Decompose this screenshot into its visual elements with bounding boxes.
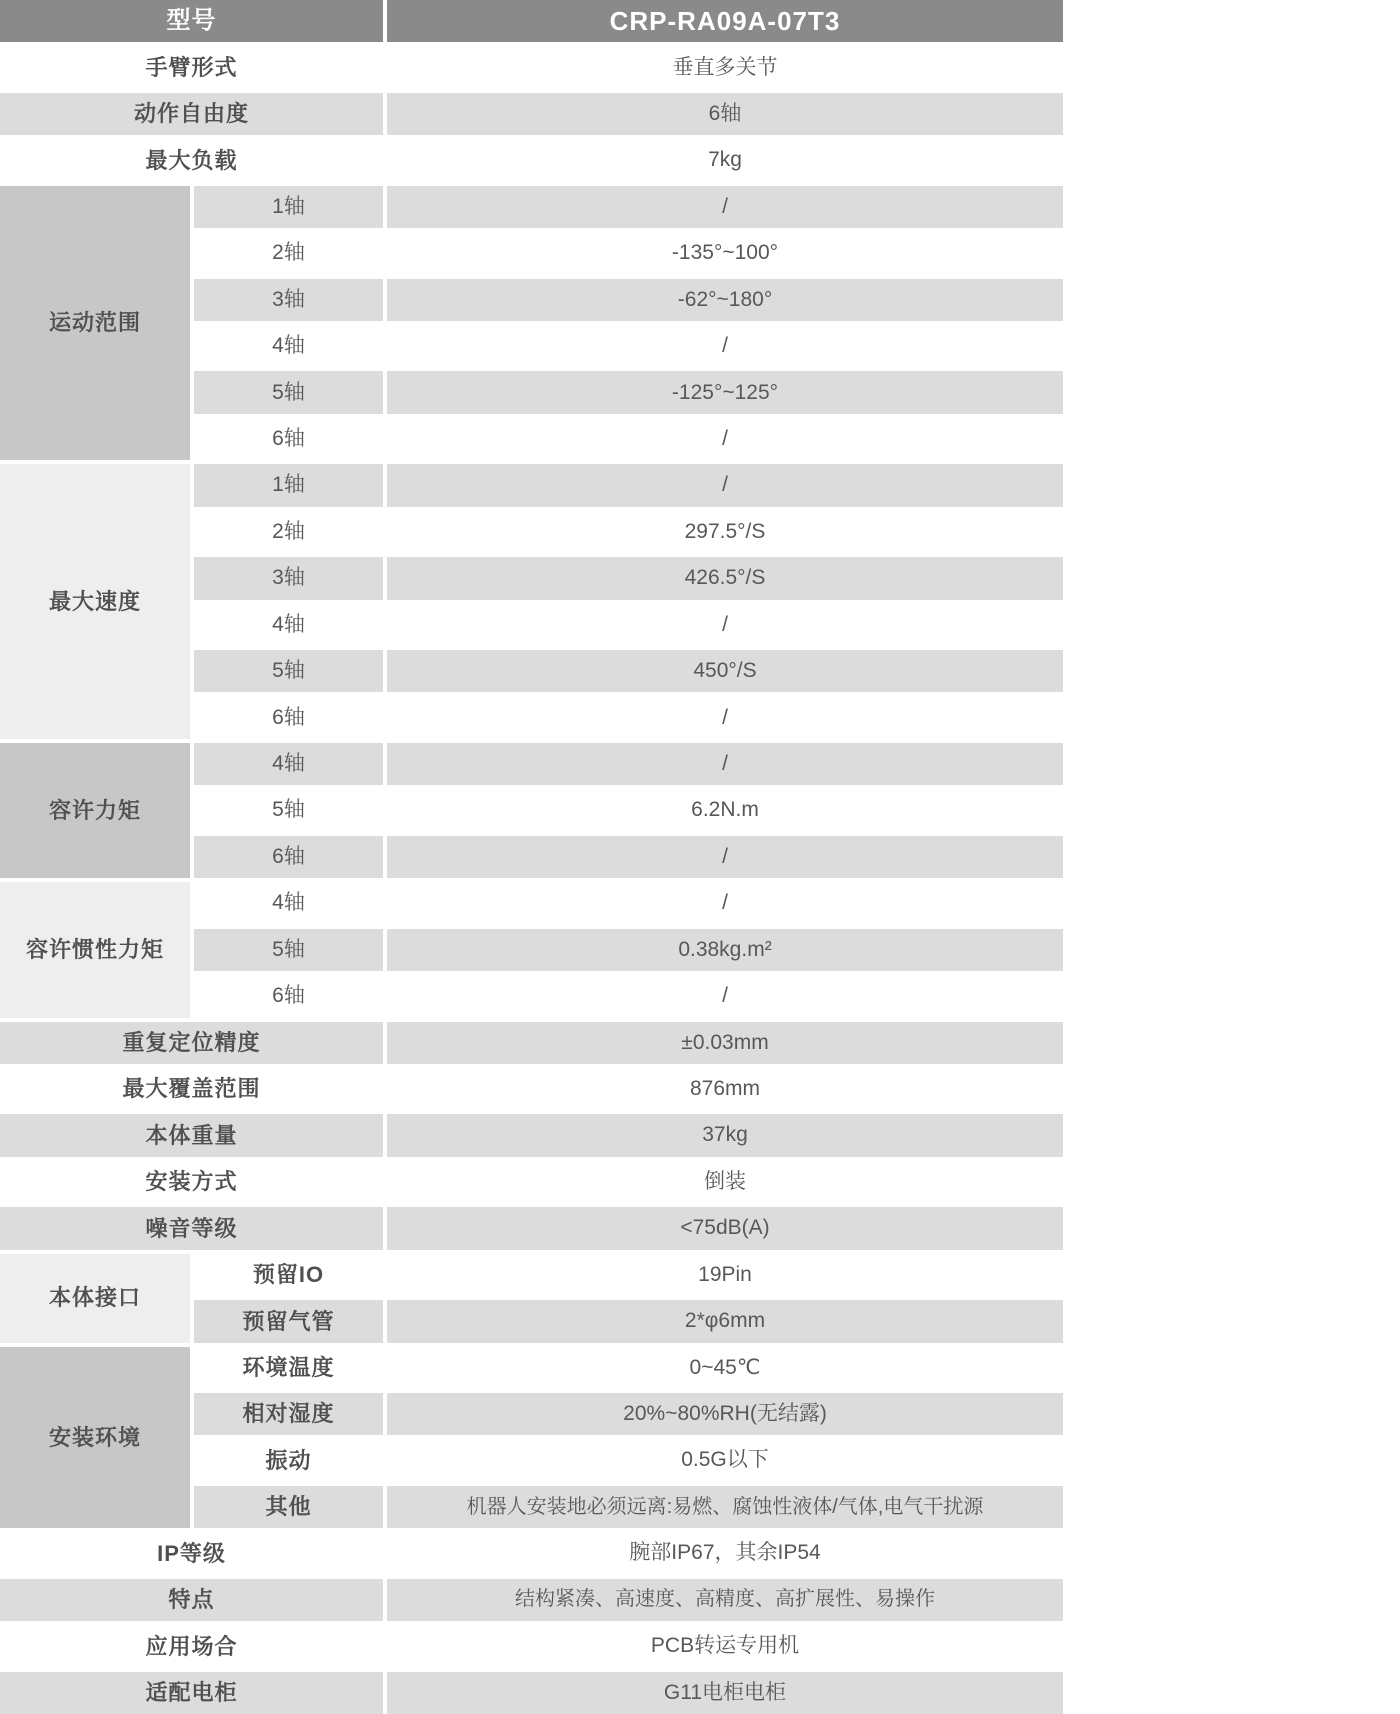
section-sub-label: 振动 bbox=[194, 1439, 383, 1481]
section-label: 容许惯性力矩 bbox=[0, 882, 190, 1017]
spec-row-value: 7kg bbox=[387, 139, 1063, 181]
section-value: -125°~125° bbox=[387, 371, 1063, 413]
section-sub-label: 预留气管 bbox=[194, 1300, 383, 1342]
spec-row-label: 噪音等级 bbox=[0, 1207, 383, 1249]
section-label: 运动范围 bbox=[0, 186, 190, 461]
section-sub-label: 环境温度 bbox=[194, 1347, 383, 1389]
spec-row-label: 手臂形式 bbox=[0, 46, 383, 88]
spec-row-value: PCB转运专用机 bbox=[387, 1625, 1063, 1667]
section-sub-label: 5轴 bbox=[194, 371, 383, 413]
section-value: / bbox=[387, 604, 1063, 646]
section-label: 最大速度 bbox=[0, 464, 190, 739]
spec-row-value: 垂直多关节 bbox=[387, 46, 1063, 88]
model-header-label: 型号 bbox=[0, 0, 383, 42]
spec-row-label: 重复定位精度 bbox=[0, 1022, 383, 1064]
section-value: / bbox=[387, 418, 1063, 460]
section-value: / bbox=[387, 696, 1063, 738]
spec-row-value: 腕部IP67，其余IP54 bbox=[387, 1532, 1063, 1574]
section-value: -62°~180° bbox=[387, 279, 1063, 321]
section-value: / bbox=[387, 464, 1063, 506]
section-sub-label: 6轴 bbox=[194, 696, 383, 738]
section-value: 19Pin bbox=[387, 1254, 1063, 1296]
section-value: 0.38kg.m² bbox=[387, 929, 1063, 971]
spec-row-value: ±0.03mm bbox=[387, 1022, 1063, 1064]
section-value: 6.2N.m bbox=[387, 789, 1063, 831]
section-sub-label: 4轴 bbox=[194, 325, 383, 367]
spec-row-value: 倒装 bbox=[387, 1161, 1063, 1203]
section-sub-label: 1轴 bbox=[194, 464, 383, 506]
section-sub-label: 6轴 bbox=[194, 975, 383, 1017]
section-value: 2*φ6mm bbox=[387, 1300, 1063, 1342]
section-sub-label: 6轴 bbox=[194, 418, 383, 460]
spec-row-value: 37kg bbox=[387, 1114, 1063, 1156]
section-value: / bbox=[387, 325, 1063, 367]
section-value: 20%~80%RH(无结露) bbox=[387, 1393, 1063, 1435]
section-sub-label: 4轴 bbox=[194, 604, 383, 646]
section-sub-label: 其他 bbox=[194, 1486, 383, 1528]
spec-row-label: 本体重量 bbox=[0, 1114, 383, 1156]
section-sub-label: 相对湿度 bbox=[194, 1393, 383, 1435]
section-sub-label: 2轴 bbox=[194, 232, 383, 274]
section-value: 426.5°/S bbox=[387, 557, 1063, 599]
section-sub-label: 5轴 bbox=[194, 789, 383, 831]
section-sub-label: 1轴 bbox=[194, 186, 383, 228]
section-value: 450°/S bbox=[387, 650, 1063, 692]
section-sub-label: 6轴 bbox=[194, 836, 383, 878]
spec-row-value: G11电柜电柜 bbox=[387, 1672, 1063, 1714]
spec-row-label: 应用场合 bbox=[0, 1625, 383, 1667]
section-value: -135°~100° bbox=[387, 232, 1063, 274]
spec-row-value: <75dB(A) bbox=[387, 1207, 1063, 1249]
section-value: 机器人安装地必须远离:易燃、腐蚀性液体/气体,电气干扰源 bbox=[387, 1486, 1063, 1528]
section-value: 0~45℃ bbox=[387, 1347, 1063, 1389]
spec-row-label: 特点 bbox=[0, 1579, 383, 1621]
spec-row-label: 最大覆盖范围 bbox=[0, 1068, 383, 1110]
spec-row-label: 适配电柜 bbox=[0, 1672, 383, 1714]
section-value: 0.5G以下 bbox=[387, 1439, 1063, 1481]
section-value: / bbox=[387, 186, 1063, 228]
section-sub-label: 4轴 bbox=[194, 743, 383, 785]
spec-row-value: 6轴 bbox=[387, 93, 1063, 135]
spec-row-label: 动作自由度 bbox=[0, 93, 383, 135]
section-label: 安装环境 bbox=[0, 1347, 190, 1529]
section-value: 297.5°/S bbox=[387, 511, 1063, 553]
spec-row-label: 最大负载 bbox=[0, 139, 383, 181]
section-sub-label: 5轴 bbox=[194, 929, 383, 971]
section-sub-label: 3轴 bbox=[194, 557, 383, 599]
section-sub-label: 预留IO bbox=[194, 1254, 383, 1296]
spec-row-label: 安装方式 bbox=[0, 1161, 383, 1203]
section-label: 本体接口 bbox=[0, 1254, 190, 1343]
section-value: / bbox=[387, 743, 1063, 785]
section-label: 容许力矩 bbox=[0, 743, 190, 878]
section-sub-label: 4轴 bbox=[194, 882, 383, 924]
spec-row-value: 结构紧凑、高速度、高精度、高扩展性、易操作 bbox=[387, 1579, 1063, 1621]
spec-table: 型号CRP-RA09A-07T3手臂形式垂直多关节动作自由度6轴最大负载7kg运… bbox=[0, 0, 1063, 1714]
section-value: / bbox=[387, 882, 1063, 924]
robot-spec-sheet: 型号CRP-RA09A-07T3手臂形式垂直多关节动作自由度6轴最大负载7kg运… bbox=[0, 0, 1400, 1714]
section-sub-label: 2轴 bbox=[194, 511, 383, 553]
spec-row-value: 876mm bbox=[387, 1068, 1063, 1110]
model-header-value: CRP-RA09A-07T3 bbox=[387, 0, 1063, 42]
section-value: / bbox=[387, 836, 1063, 878]
spec-row-label: IP等级 bbox=[0, 1532, 383, 1574]
section-sub-label: 3轴 bbox=[194, 279, 383, 321]
section-sub-label: 5轴 bbox=[194, 650, 383, 692]
section-value: / bbox=[387, 975, 1063, 1017]
